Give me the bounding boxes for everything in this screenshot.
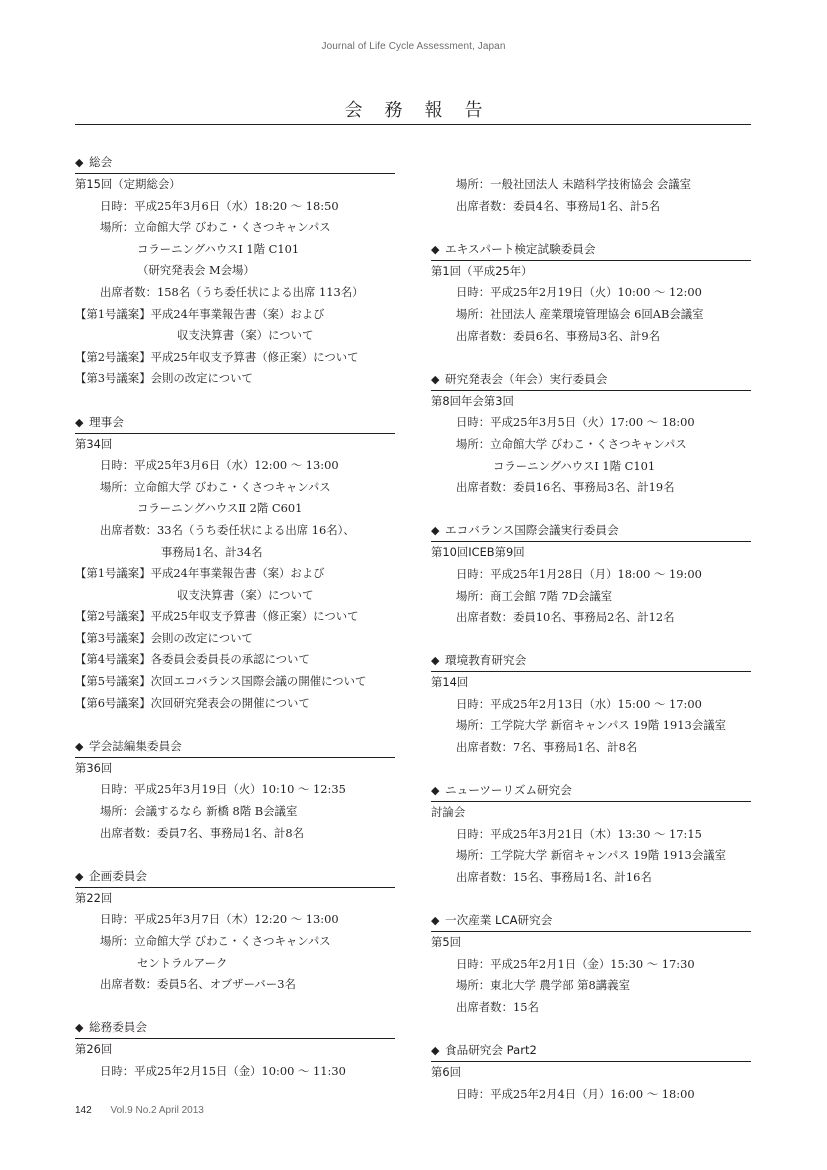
detail-line: コラーニングハウスⅠ 1階 C101 bbox=[75, 239, 395, 261]
detail-line: 出席者数：委員7名、事務局1名、計8名 bbox=[75, 823, 395, 845]
diamond-bullet-icon: ◆ bbox=[431, 369, 445, 390]
agenda-item: 【第5号議案】次回エコバランス国際会議の開催について bbox=[75, 671, 395, 693]
meeting-label: 第1回（平成25年） bbox=[431, 261, 751, 283]
agenda-item: 【第2号議案】平成25年収支予算書（修正案）について bbox=[75, 606, 395, 628]
detail-line: （研究発表会 M会場） bbox=[75, 260, 395, 282]
agenda-item: 【第2号議案】平成25年収支予算書（修正案）について bbox=[75, 347, 395, 369]
report-section: ◆総務委員会第26回日時：平成25年2月15日（金）10:00 ～ 11:30 bbox=[75, 1017, 395, 1082]
section-heading: ◆総会 bbox=[75, 152, 395, 174]
detail-line: 場所：立命館大学 びわこ・くさつキャンパス bbox=[75, 217, 395, 239]
diamond-bullet-icon: ◆ bbox=[431, 910, 445, 931]
section-heading-text: エコバランス国際会議実行委員会 bbox=[445, 523, 619, 537]
agenda-item: 【第3号議案】会則の改定について bbox=[75, 628, 395, 650]
meeting-label: 第5回 bbox=[431, 932, 751, 954]
continued-from-left: 場所：一般社団法人 未踏科学技術協会 会議室出席者数：委員4名、事務局1名、計5… bbox=[431, 174, 751, 239]
detail-line: 場所：社団法人 産業環境管理協会 6回AB会議室 bbox=[431, 304, 751, 326]
title-rule bbox=[75, 124, 751, 125]
meeting-label: 第36回 bbox=[75, 758, 395, 780]
detail-line: 出席者数：委員10名、事務局2名、計12名 bbox=[431, 607, 751, 629]
detail-line: 出席者数：15名、事務局1名、計16名 bbox=[431, 867, 751, 889]
page-number: 142 bbox=[75, 1105, 92, 1116]
detail-line: 日時：平成25年3月19日（火）10:10 ～ 12:35 bbox=[75, 779, 395, 801]
detail-line: 場所：工学院大学 新宿キャンパス 19階 1913会議室 bbox=[431, 845, 751, 867]
agenda-item: 【第1号議案】平成24年事業報告書（案）および bbox=[75, 304, 395, 326]
report-section: ◆エキスパート検定試験委員会第1回（平成25年）日時：平成25年2月19日（火）… bbox=[431, 239, 751, 347]
section-heading: ◆環境教育研究会 bbox=[431, 650, 751, 672]
detail-line: 事務局1名、計34名 bbox=[75, 542, 395, 564]
meeting-label: 第15回（定期総会） bbox=[75, 174, 395, 196]
detail-line: 出席者数：7名、事務局1名、計8名 bbox=[431, 737, 751, 759]
section-heading-text: 一次産業 LCA研究会 bbox=[445, 913, 552, 927]
section-heading-text: 環境教育研究会 bbox=[445, 653, 526, 667]
meeting-label: 第8回年会第3回 bbox=[431, 391, 751, 413]
detail-line: 出席者数：委員5名、オブザーバー3名 bbox=[75, 974, 395, 996]
detail-line: 日時：平成25年2月1日（金）15:30 ～ 17:30 bbox=[431, 954, 751, 976]
detail-line: 場所：一般社団法人 未踏科学技術協会 会議室 bbox=[431, 174, 751, 196]
report-section: ◆理事会第34回日時：平成25年3月6日（水）12:00 ～ 13:00場所：立… bbox=[75, 412, 395, 715]
section-heading: ◆企画委員会 bbox=[75, 866, 395, 888]
diamond-bullet-icon: ◆ bbox=[431, 239, 445, 260]
section-heading: ◆学会誌編集委員会 bbox=[75, 736, 395, 758]
detail-line: 場所：商工会館 7階 7D会議室 bbox=[431, 586, 751, 608]
detail-line: 場所：工学院大学 新宿キャンパス 19階 1913会議室 bbox=[431, 715, 751, 737]
report-section: ◆食品研究会 Part2第6回日時：平成25年2月4日（月）16:00 ～ 18… bbox=[431, 1040, 751, 1105]
detail-line: 日時：平成25年2月4日（月）16:00 ～ 18:00 bbox=[431, 1084, 751, 1106]
detail-line: 場所：立命館大学 びわこ・くさつキャンパス bbox=[75, 477, 395, 499]
detail-line: 日時：平成25年2月13日（水）15:00 ～ 17:00 bbox=[431, 694, 751, 716]
detail-line: 出席者数：15名 bbox=[431, 997, 751, 1019]
agenda-item: 【第3号議案】会則の改定について bbox=[75, 368, 395, 390]
section-heading: ◆エキスパート検定試験委員会 bbox=[431, 239, 751, 261]
detail-line: 場所：立命館大学 びわこ・くさつキャンパス bbox=[431, 434, 751, 456]
right-column: 場所：一般社団法人 未踏科学技術協会 会議室出席者数：委員4名、事務局1名、計5… bbox=[431, 174, 751, 1127]
detail-line: 日時：平成25年3月6日（水）12:00 ～ 13:00 bbox=[75, 455, 395, 477]
diamond-bullet-icon: ◆ bbox=[431, 1040, 445, 1061]
diamond-bullet-icon: ◆ bbox=[431, 520, 445, 541]
detail-line: 日時：平成25年3月6日（水）18:20 ～ 18:50 bbox=[75, 196, 395, 218]
detail-line: コラーニングハウスⅡ 2階 C601 bbox=[75, 498, 395, 520]
section-heading-text: 理事会 bbox=[89, 415, 124, 429]
detail-line: コラーニングハウスⅠ 1階 C101 bbox=[431, 456, 751, 478]
section-heading-text: 食品研究会 Part2 bbox=[445, 1043, 537, 1057]
meeting-label: 第6回 bbox=[431, 1062, 751, 1084]
page-footer: 142 Vol.9 No.2 April 2013 bbox=[75, 1105, 204, 1116]
diamond-bullet-icon: ◆ bbox=[75, 412, 89, 433]
report-section: ◆学会誌編集委員会第36回日時：平成25年3月19日（火）10:10 ～ 12:… bbox=[75, 736, 395, 844]
detail-line: 日時：平成25年2月15日（金）10:00 ～ 11:30 bbox=[75, 1061, 395, 1083]
detail-line: 日時：平成25年1月28日（月）18:00 ～ 19:00 bbox=[431, 564, 751, 586]
report-section: ◆研究発表会（年会）実行委員会第8回年会第3回日時：平成25年3月5日（火）17… bbox=[431, 369, 751, 499]
detail-line: 日時：平成25年3月5日（火）17:00 ～ 18:00 bbox=[431, 412, 751, 434]
detail-line: 日時：平成25年3月7日（木）12:20 ～ 13:00 bbox=[75, 909, 395, 931]
section-heading-text: 学会誌編集委員会 bbox=[89, 739, 182, 753]
detail-line: 場所：立命館大学 びわこ・くさつキャンパス bbox=[75, 931, 395, 953]
detail-line: セントラルアーク bbox=[75, 953, 395, 975]
section-heading: ◆ニューツーリズム研究会 bbox=[431, 780, 751, 802]
agenda-item: 収支決算書（案）について bbox=[75, 585, 395, 607]
report-section: ◆環境教育研究会第14回日時：平成25年2月13日（水）15:00 ～ 17:0… bbox=[431, 650, 751, 758]
agenda-item: 収支決算書（案）について bbox=[75, 325, 395, 347]
section-heading-text: 研究発表会（年会）実行委員会 bbox=[445, 372, 607, 386]
report-section: ◆総会第15回（定期総会）日時：平成25年3月6日（水）18:20 ～ 18:5… bbox=[75, 152, 395, 390]
section-heading-text: 総務委員会 bbox=[89, 1020, 147, 1034]
section-heading-text: エキスパート検定試験委員会 bbox=[445, 242, 596, 256]
detail-line: 場所：東北大学 農学部 第8講義室 bbox=[431, 975, 751, 997]
page-title: 会務報告 bbox=[0, 96, 827, 122]
meeting-label: 第14回 bbox=[431, 672, 751, 694]
section-heading: ◆エコバランス国際会議実行委員会 bbox=[431, 520, 751, 542]
left-column: ◆総会第15回（定期総会）日時：平成25年3月6日（水）18:20 ～ 18:5… bbox=[75, 152, 395, 1104]
diamond-bullet-icon: ◆ bbox=[75, 152, 89, 173]
detail-line: 出席者数：33名（うち委任状による出席 16名）、 bbox=[75, 520, 395, 542]
section-heading-text: 企画委員会 bbox=[89, 869, 147, 883]
agenda-item: 【第1号議案】平成24年事業報告書（案）および bbox=[75, 563, 395, 585]
detail-line: 出席者数：委員4名、事務局1名、計5名 bbox=[431, 196, 751, 218]
diamond-bullet-icon: ◆ bbox=[431, 780, 445, 801]
diamond-bullet-icon: ◆ bbox=[75, 1017, 89, 1038]
section-heading-text: ニューツーリズム研究会 bbox=[445, 783, 572, 797]
meeting-label: 第22回 bbox=[75, 888, 395, 910]
running-head: Journal of Life Cycle Assessment, Japan bbox=[0, 41, 827, 52]
agenda-item: 【第6号議案】次回研究発表会の開催について bbox=[75, 693, 395, 715]
section-heading-text: 総会 bbox=[89, 155, 112, 169]
meeting-label: 第10回ICEB第9回 bbox=[431, 542, 751, 564]
agenda-item: 【第4号議案】各委員会委員長の承認について bbox=[75, 649, 395, 671]
meeting-label: 第26回 bbox=[75, 1039, 395, 1061]
diamond-bullet-icon: ◆ bbox=[431, 650, 445, 671]
detail-line: 場所：会議するなら 新橋 8階 B会議室 bbox=[75, 801, 395, 823]
diamond-bullet-icon: ◆ bbox=[75, 736, 89, 757]
section-heading: ◆食品研究会 Part2 bbox=[431, 1040, 751, 1062]
report-section: ◆エコバランス国際会議実行委員会第10回ICEB第9回日時：平成25年1月28日… bbox=[431, 520, 751, 628]
diamond-bullet-icon: ◆ bbox=[75, 866, 89, 887]
detail-line: 出席者数：委員6名、事務局3名、計9名 bbox=[431, 326, 751, 348]
section-heading: ◆総務委員会 bbox=[75, 1017, 395, 1039]
section-heading: ◆研究発表会（年会）実行委員会 bbox=[431, 369, 751, 391]
report-section: ◆ニューツーリズム研究会討論会日時：平成25年3月21日（木）13:30 ～ 1… bbox=[431, 780, 751, 888]
section-heading: ◆一次産業 LCA研究会 bbox=[431, 910, 751, 932]
meeting-label: 討論会 bbox=[431, 802, 751, 824]
detail-line: 出席者数：委員16名、事務局3名、計19名 bbox=[431, 477, 751, 499]
detail-line: 出席者数：158名（うち委任状による出席 113名） bbox=[75, 282, 395, 304]
section-heading: ◆理事会 bbox=[75, 412, 395, 434]
report-section: ◆企画委員会第22回日時：平成25年3月7日（木）12:20 ～ 13:00場所… bbox=[75, 866, 395, 996]
issue-info: Vol.9 No.2 April 2013 bbox=[110, 1105, 203, 1116]
detail-line: 日時：平成25年3月21日（木）13:30 ～ 17:15 bbox=[431, 824, 751, 846]
report-section: ◆一次産業 LCA研究会第5回日時：平成25年2月1日（金）15:30 ～ 17… bbox=[431, 910, 751, 1018]
detail-line: 日時：平成25年2月19日（火）10:00 ～ 12:00 bbox=[431, 282, 751, 304]
meeting-label: 第34回 bbox=[75, 434, 395, 456]
